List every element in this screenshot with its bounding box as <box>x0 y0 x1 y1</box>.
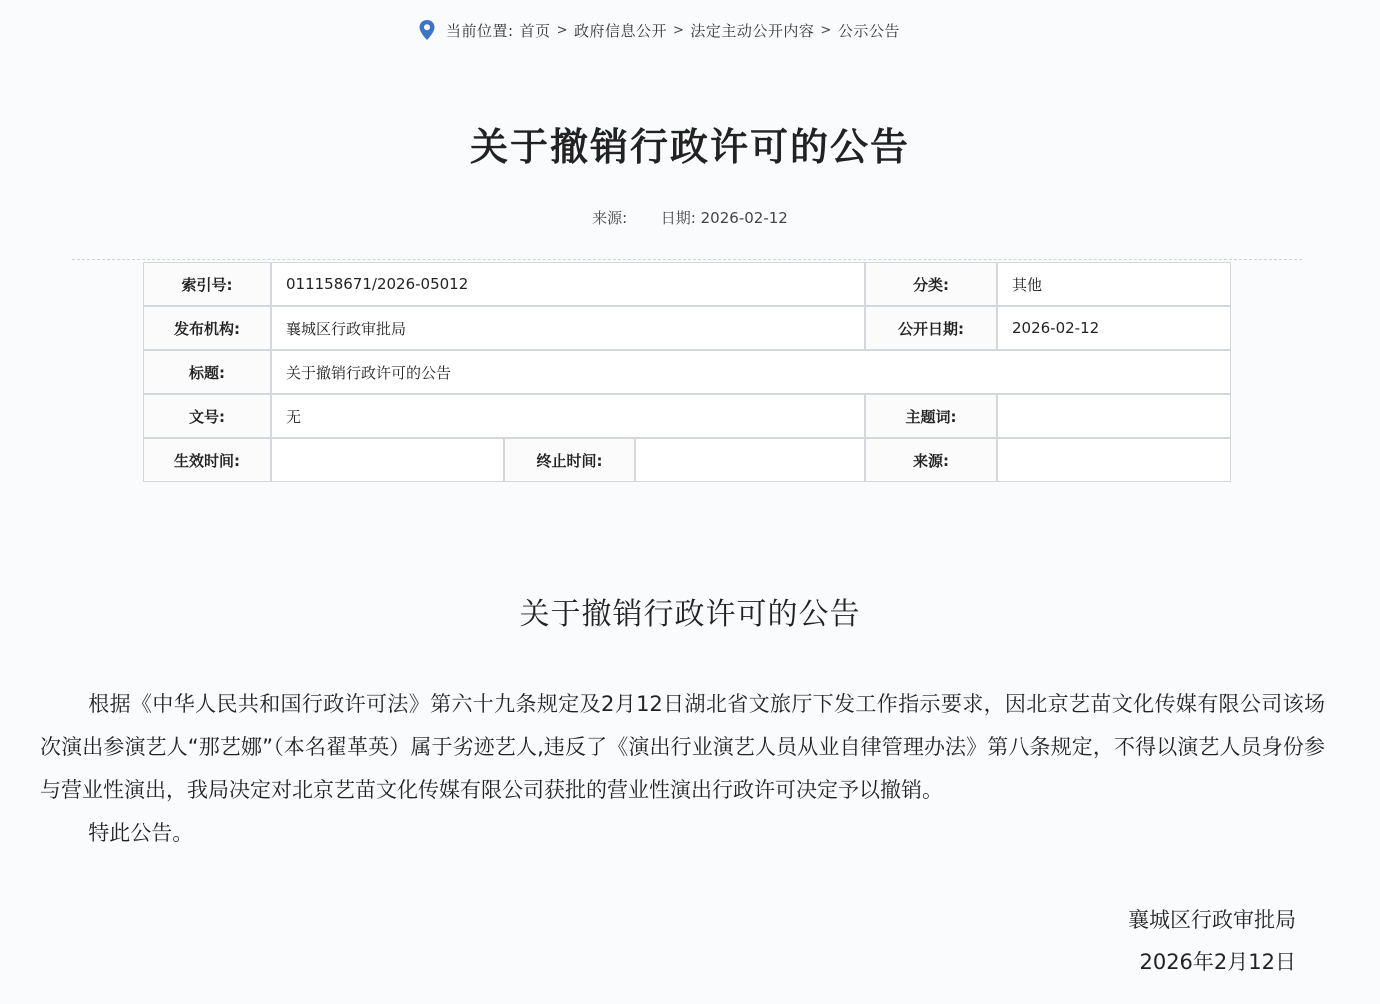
content-title: 关于撤销行政许可的公告 <box>0 589 1380 633</box>
table-row: 发布机构: 襄城区行政审批局 公开日期: 2026-02-12 <box>143 306 1231 350</box>
keywords-label: 主题词: <box>865 394 997 438</box>
expiry-value <box>635 438 865 482</box>
keywords-value <box>997 394 1231 438</box>
location-pin-icon <box>418 19 436 41</box>
breadcrumb-announcements[interactable]: 公示公告 <box>838 20 900 41</box>
divider <box>72 259 1302 260</box>
publisher-label: 发布机构: <box>143 306 271 350</box>
category-label: 分类: <box>865 262 997 306</box>
publish-date-label: 公开日期: <box>865 306 997 350</box>
doc-no-label: 文号: <box>143 394 271 438</box>
signature-org: 襄城区行政审批局 <box>1040 904 1296 934</box>
title-label: 标题: <box>143 350 271 394</box>
source-value-cell <box>997 438 1231 482</box>
date-value: 2026-02-12 <box>701 209 788 227</box>
signature-date: 2026年2月12日 <box>1040 946 1296 976</box>
table-row: 生效时间: 终止时间: 来源: <box>143 438 1231 482</box>
breadcrumb: 当前位置: 首页 > 政府信息公开 > 法定主动公开内容 > 公示公告 <box>418 19 900 41</box>
doc-no-value: 无 <box>271 394 865 438</box>
expiry-label: 终止时间: <box>504 438 635 482</box>
table-row: 索引号: 011158671/2026-05012 分类: 其他 <box>143 262 1231 306</box>
date-label: 日期: <box>661 209 696 227</box>
announcement-body: 根据《中华人民共和国行政许可法》第六十九条规定及2月12日湖北省文旅厅下发工作指… <box>40 683 1325 855</box>
index-value: 011158671/2026-05012 <box>271 262 865 306</box>
breadcrumb-gov-info[interactable]: 政府信息公开 <box>574 20 667 41</box>
publish-date-value: 2026-02-12 <box>997 306 1231 350</box>
closing-paragraph: 特此公告。 <box>40 812 1325 855</box>
info-table: 索引号: 011158671/2026-05012 分类: 其他 发布机构: 襄… <box>143 262 1231 482</box>
body-paragraph: 根据《中华人民共和国行政许可法》第六十九条规定及2月12日湖北省文旅厅下发工作指… <box>40 683 1325 812</box>
breadcrumb-label: 当前位置: <box>446 20 514 41</box>
source-label: 来源: <box>592 209 627 227</box>
meta-line: 来源: 日期: 2026-02-12 <box>0 207 1380 228</box>
breadcrumb-statutory-content[interactable]: 法定主动公开内容 <box>690 20 814 41</box>
category-value: 其他 <box>997 262 1231 306</box>
publisher-value: 襄城区行政审批局 <box>271 306 865 350</box>
table-row: 标题: 关于撤销行政许可的公告 <box>143 350 1231 394</box>
source-label-cell: 来源: <box>865 438 997 482</box>
page-title: 关于撤销行政许可的公告 <box>0 116 1380 171</box>
breadcrumb-separator: > <box>673 23 684 38</box>
table-row: 文号: 无 主题词: <box>143 394 1231 438</box>
breadcrumb-separator: > <box>557 23 568 38</box>
effective-value <box>271 438 504 482</box>
title-value: 关于撤销行政许可的公告 <box>271 350 1231 394</box>
index-label: 索引号: <box>143 262 271 306</box>
breadcrumb-home[interactable]: 首页 <box>520 20 551 41</box>
effective-label: 生效时间: <box>143 438 271 482</box>
breadcrumb-separator: > <box>820 23 831 38</box>
